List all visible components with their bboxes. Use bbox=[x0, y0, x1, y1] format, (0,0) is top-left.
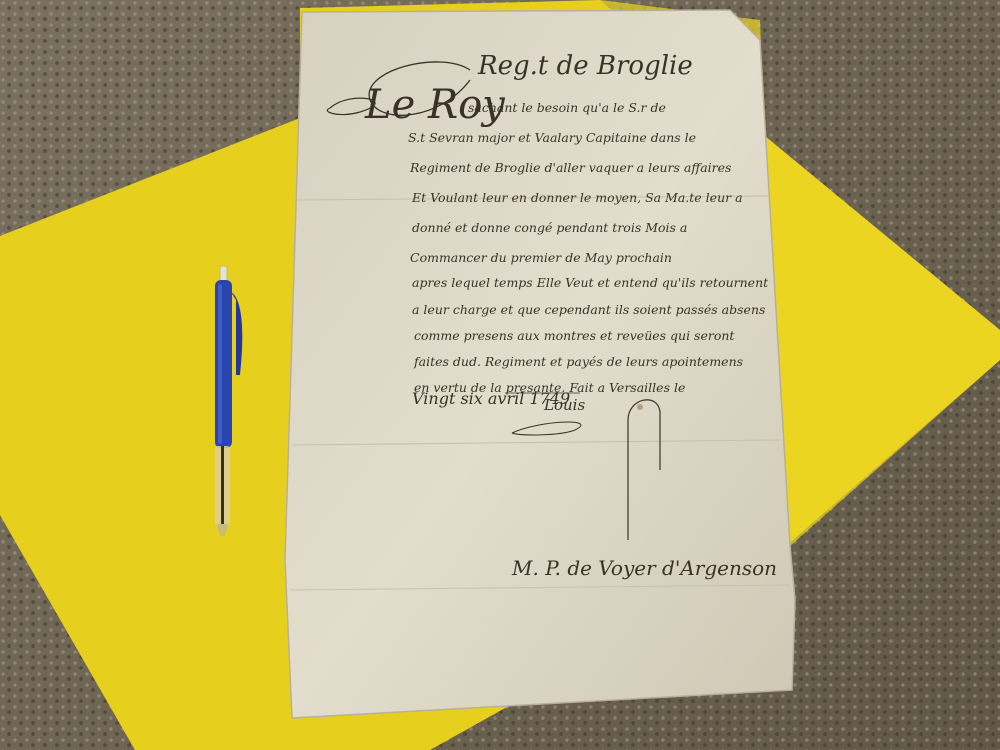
ballpoint-pen bbox=[0, 0, 1000, 750]
photo-scene: Reg.t de Broglie Le Roy sachant le besoi… bbox=[0, 0, 1000, 750]
